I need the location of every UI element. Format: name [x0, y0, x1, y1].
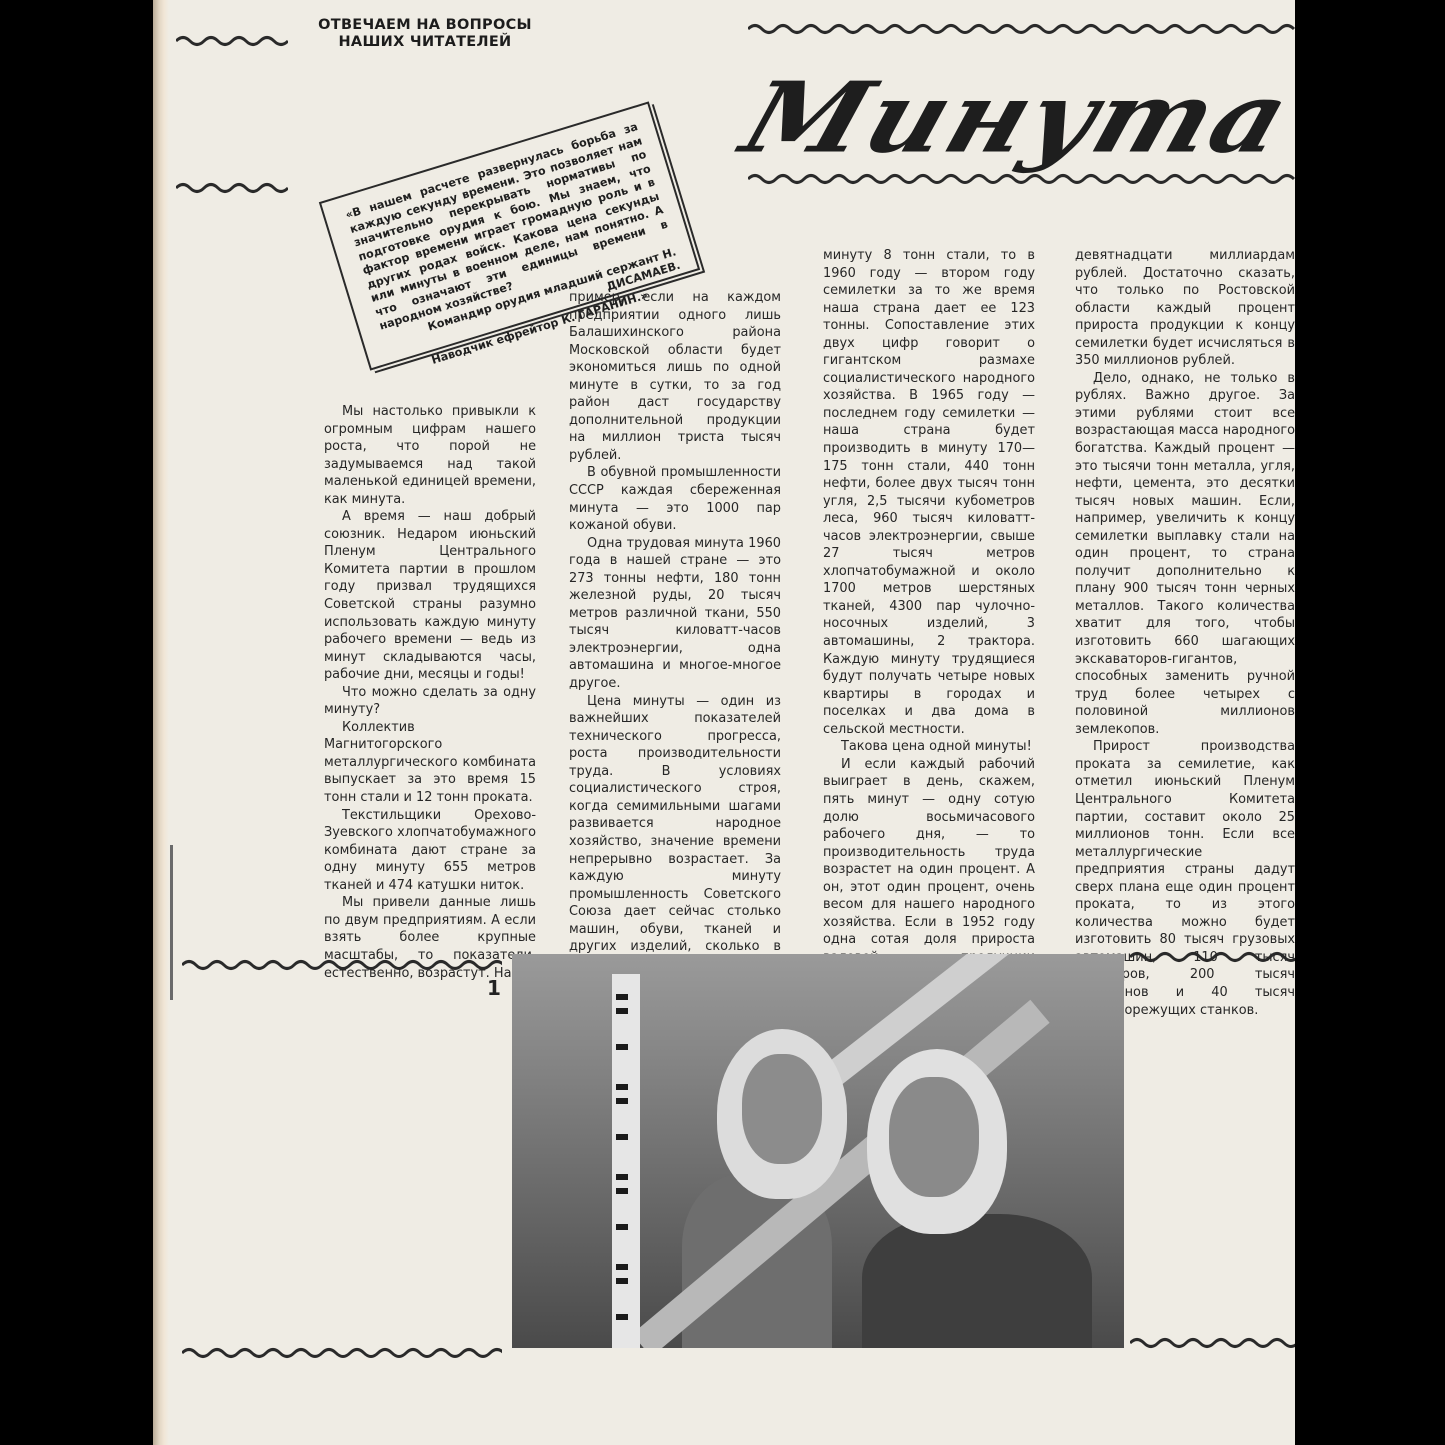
paragraph: Что можно сделать за одну минуту? [324, 684, 536, 719]
wavy-rule-photo-bottom-left [182, 1346, 502, 1360]
photo-face-left [717, 1029, 847, 1199]
article-column-3: минуту 8 тонн стали, то в 1960 году — вт… [823, 247, 1035, 1037]
paragraph: Коллектив Магнитогорского металлургическ… [324, 719, 536, 807]
article-column-1: Мы настолько привыкли к огромным цифрам … [324, 403, 536, 982]
rubric-line-1: ОТВЕЧАЕМ НА ВОПРОСЫ [295, 17, 555, 34]
photo-two-women-surveyors [512, 954, 1124, 1348]
paragraph: Одна трудовая минута 1960 года в нашей с… [569, 535, 781, 693]
wavy-rule-top-left [176, 34, 288, 48]
page-binding-edge [153, 0, 169, 1445]
section-rubric: ОТВЕЧАЕМ НА ВОПРОСЫ НАШИХ ЧИТАТЕЛЕЙ [295, 17, 555, 51]
photo-face-right [867, 1049, 1007, 1234]
paragraph: Текстильщики Орехово-Зуевского хлопчатоб… [324, 807, 536, 895]
paragraph: минуту 8 тонн стали, то в 1960 году — вт… [823, 247, 1035, 738]
photo-figure-right-body [862, 1214, 1092, 1348]
article-column-2: пример, если на каждом предприятии одног… [569, 289, 781, 1026]
wavy-rule-photo-bottom-right [1130, 1336, 1295, 1350]
paragraph: Мы настолько привыкли к огромным цифрам … [324, 403, 536, 508]
paragraph: А время — наш добрый союзник. Недаром ию… [324, 508, 536, 683]
photo-leveling-rod [612, 974, 640, 1348]
article-column-4: девятнадцати миллиардам рублей. Достаточ… [1075, 247, 1295, 1019]
paragraph: Такова цена одной минуты! [823, 738, 1035, 756]
rubric-line-2: НАШИХ ЧИТАТЕЛЕЙ [295, 34, 555, 51]
paragraph: девятнадцати миллиардам рублей. Достаточ… [1075, 247, 1295, 370]
paragraph: Мы привели данные лишь по двум предприят… [324, 894, 536, 982]
article-title: Минута [728, 55, 1269, 181]
wavy-rule-mid-left [176, 181, 288, 195]
photo-number: 1 [487, 976, 501, 1000]
binding-rule [170, 845, 173, 1000]
paragraph: Дело, однако, не только в рублях. Важно … [1075, 370, 1295, 738]
paragraph: В обувной промышленности СССР каждая сбе… [569, 464, 781, 534]
paragraph: пример, если на каждом предприятии одног… [569, 289, 781, 464]
wavy-rule-top-right [748, 22, 1295, 36]
